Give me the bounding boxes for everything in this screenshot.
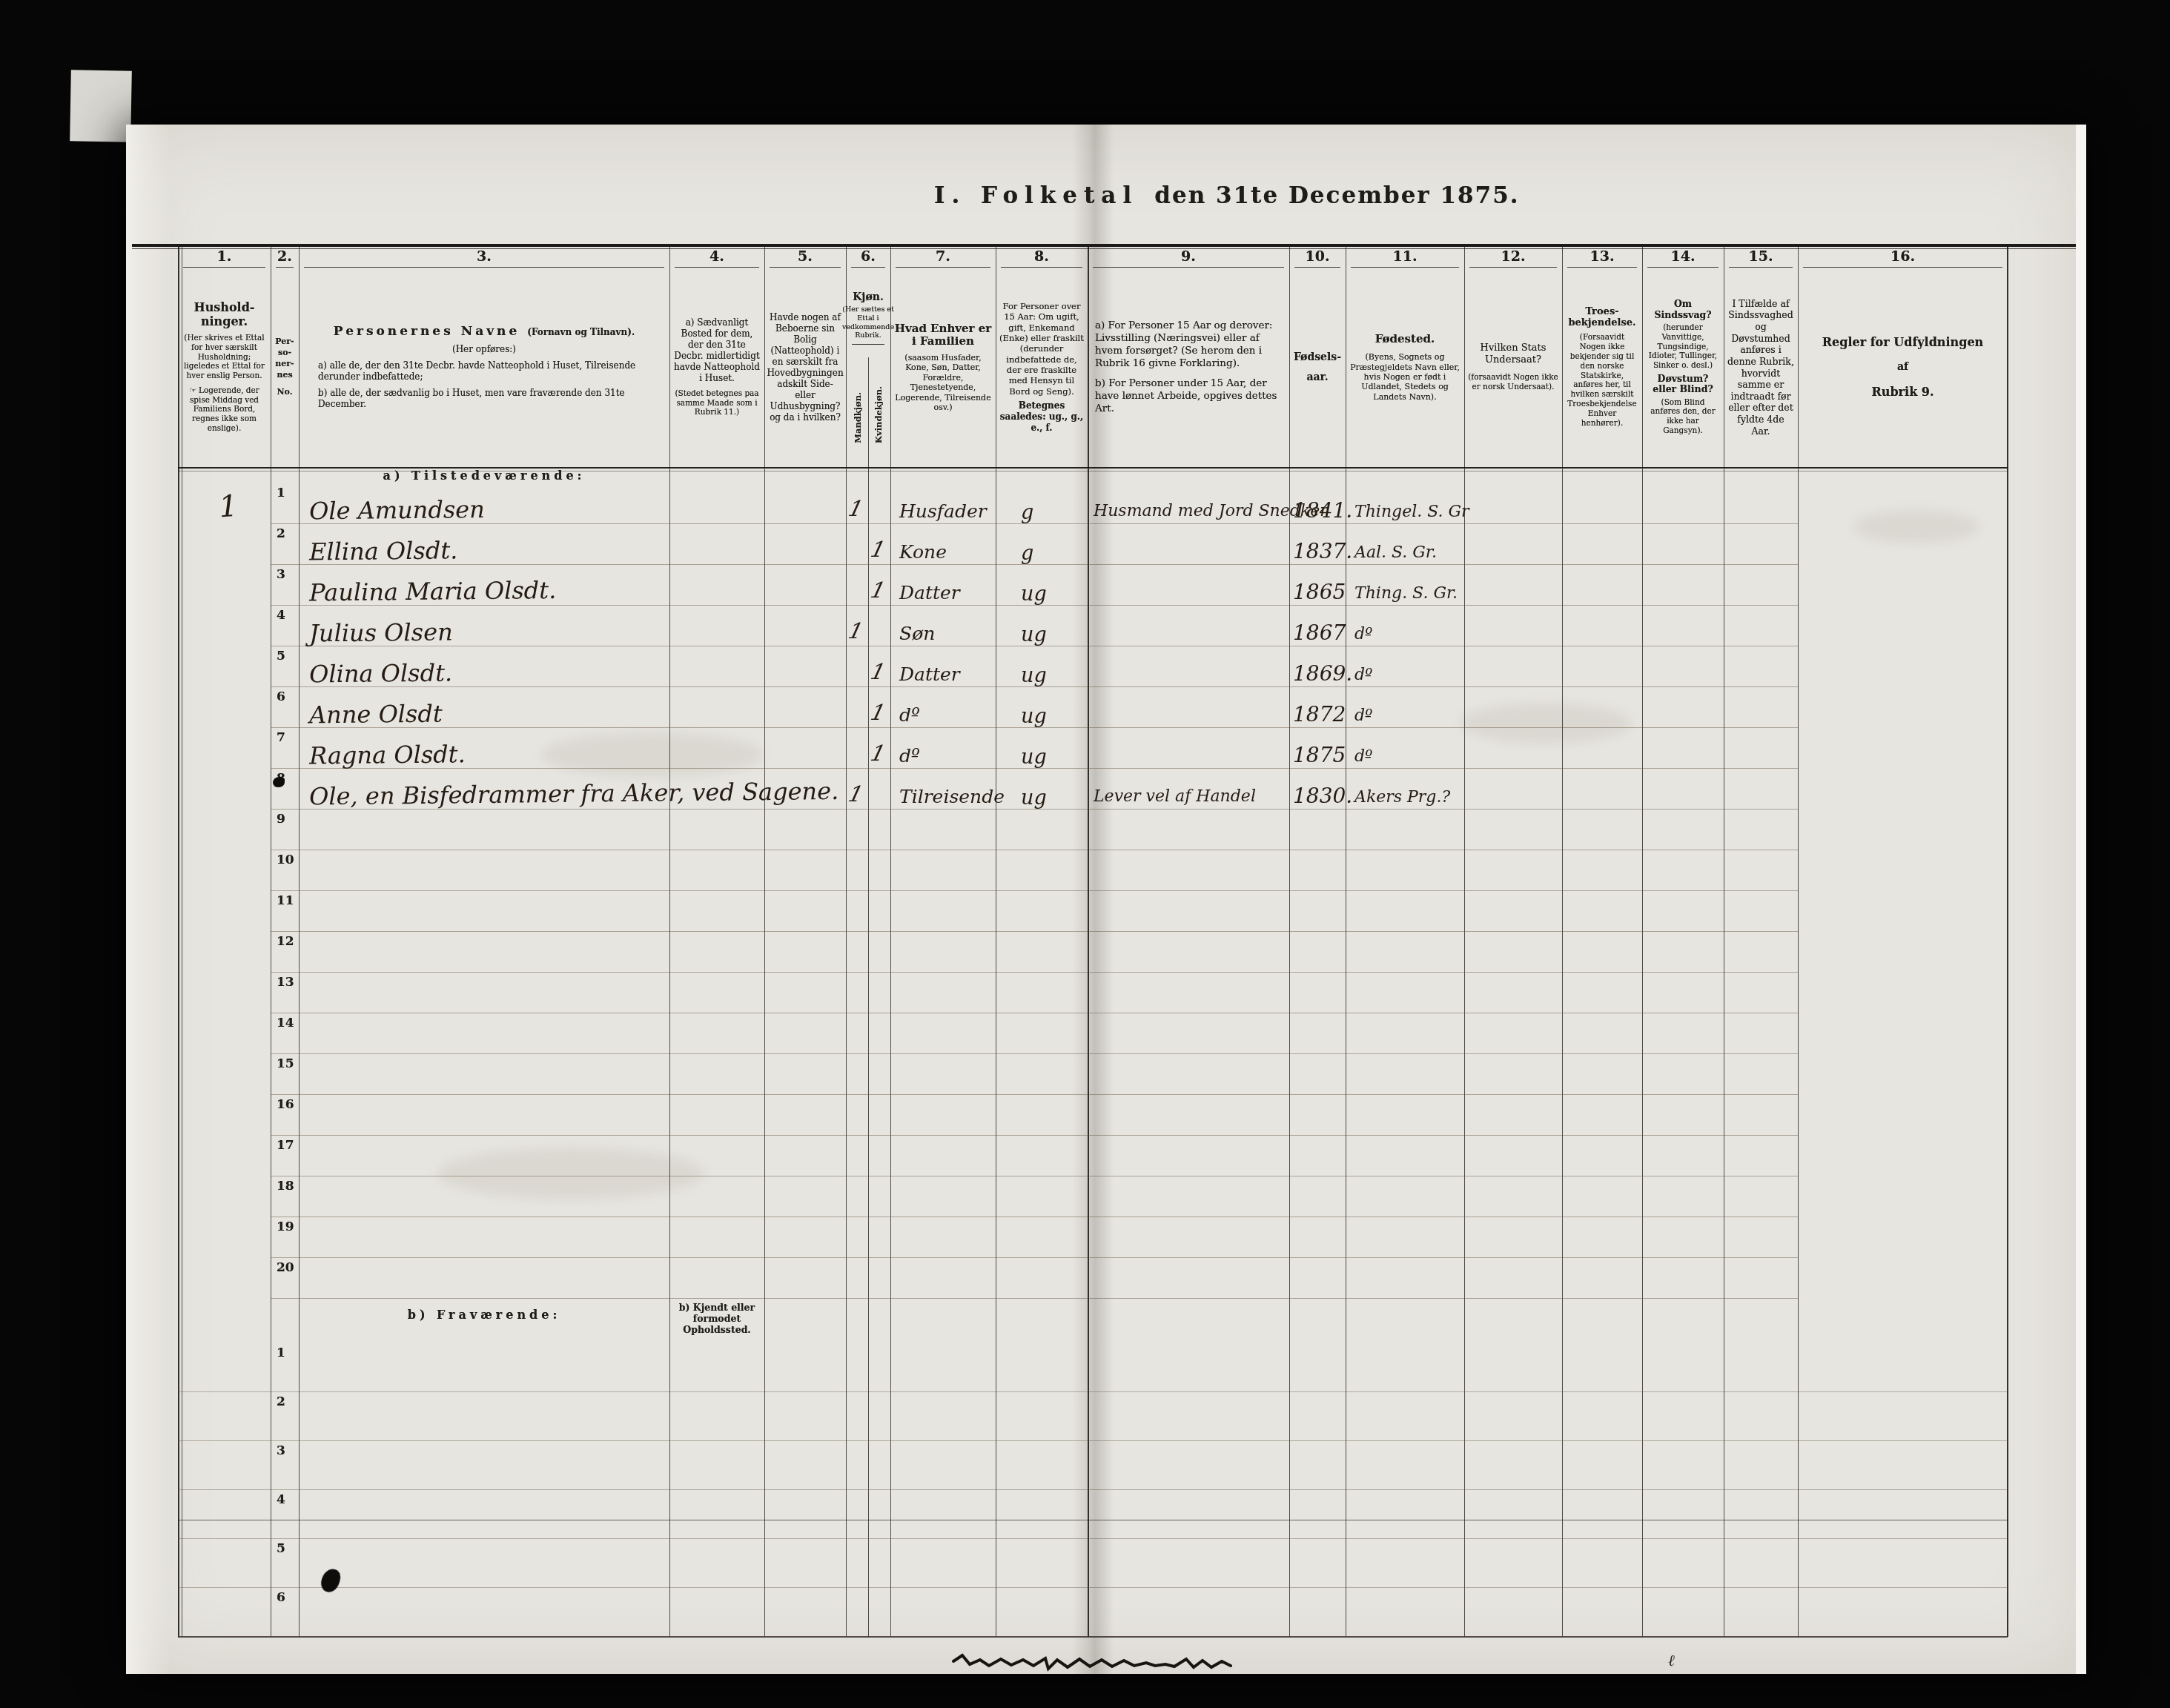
cell-household-number xyxy=(178,1392,271,1441)
col-note: (forsaavidt Nogen ikke er norsk Undersaa… xyxy=(1468,373,1558,392)
cell-sindssvag xyxy=(1642,1013,1724,1054)
cell-occupation xyxy=(1088,606,1289,646)
col-number: 1. xyxy=(183,246,265,268)
cell-male-mark xyxy=(846,1392,868,1441)
cell-family-position: Søn xyxy=(890,606,996,646)
cell-person-name xyxy=(299,889,670,933)
cell-birth-year xyxy=(1289,891,1346,932)
col-number: 8. xyxy=(1001,246,1082,268)
cell-person-name: Olina Olsdt. xyxy=(299,644,670,689)
cell-bosted xyxy=(669,1258,764,1299)
cell-udhusbygning xyxy=(764,1392,846,1441)
cell-person-number: 10 xyxy=(271,850,299,891)
cell-household-number xyxy=(176,643,272,691)
cell-troesbekjendelse xyxy=(1562,769,1642,810)
cell-occupation: Husmand med Jord Snedker xyxy=(1088,483,1289,524)
table-row: 16 xyxy=(178,1095,2008,1136)
col-header-fodselsaar: 10. Fødsels- aar. xyxy=(1289,246,1346,467)
rules-column xyxy=(1800,473,2005,1623)
cell-birthplace xyxy=(1346,1095,1464,1136)
col-number: 12. xyxy=(1469,246,1557,268)
cell-bosted xyxy=(669,1176,764,1217)
table-row: 6 xyxy=(178,1588,2008,1637)
col-header-indtraadt: 15. I Tilfælde af Sindssvaghed og Døvstu… xyxy=(1724,246,1798,467)
cell-marital-status xyxy=(996,1258,1088,1299)
cell-birth-year xyxy=(1289,1095,1346,1136)
cell-female-mark xyxy=(868,1588,890,1637)
cell-birth-year xyxy=(1289,850,1346,891)
cell-udhusbygning xyxy=(764,932,846,973)
col-title-line: Fødsels- xyxy=(1294,351,1341,363)
cell-indtraadt xyxy=(1724,769,1798,810)
cell-household-number xyxy=(176,929,272,976)
cell-person-name xyxy=(299,1539,669,1588)
cell-person-name xyxy=(299,1052,670,1096)
cell-household-number xyxy=(176,1092,272,1139)
cell-person-name xyxy=(299,1588,669,1637)
cell-family-position xyxy=(890,1343,996,1392)
cell-undersaat xyxy=(1464,524,1562,565)
cell-birth-year: 1830. xyxy=(1289,769,1346,810)
table-row: 10 xyxy=(178,850,2008,891)
cell-person-name: Ellina Olsdt. xyxy=(299,522,670,566)
cell-birth-year: 1869. xyxy=(1289,646,1346,687)
cell-udhusbygning xyxy=(764,1136,846,1176)
cell-birth-year xyxy=(1289,1588,1346,1637)
cell-occupation xyxy=(1088,1539,1289,1588)
col-note-a: a) alle de, der den 31te Decbr. havde Na… xyxy=(318,360,650,383)
cell-udhusbygning xyxy=(764,810,846,850)
cell-troesbekjendelse xyxy=(1562,1095,1642,1136)
cell-occupation xyxy=(1088,1441,1289,1490)
table-row: 4 Julius Olsen 1 Søn ug 1867 dº xyxy=(178,606,2008,646)
cell-udhusbygning xyxy=(764,524,846,565)
cell-bosted xyxy=(669,606,764,646)
cell-sindssvag xyxy=(1642,1217,1724,1258)
cell-udhusbygning xyxy=(764,850,846,891)
cell-troesbekjendelse xyxy=(1562,1490,1642,1539)
cell-undersaat xyxy=(1464,1588,1562,1637)
cell-birth-year: 1841. xyxy=(1289,483,1346,524)
cell-birthplace xyxy=(1346,1490,1464,1539)
col-note-b: b) alle de, der sædvanlig bo i Huset, me… xyxy=(318,388,650,410)
col-header-udhusbygning: 5. Havde nogen af Beboerne sin Bolig (Na… xyxy=(764,246,846,467)
col-header-undersaat: 12. Hvilken Stats Undersaat? (forsaavidt… xyxy=(1464,246,1562,467)
table-row: 17 xyxy=(178,1136,2008,1176)
cell-sindssvag xyxy=(1642,483,1724,524)
divider xyxy=(852,344,885,345)
cell-person-name: Ole Amundsen xyxy=(299,481,670,526)
col-number: 10. xyxy=(1294,246,1340,268)
cell-udhusbygning xyxy=(764,1054,846,1095)
cell-family-position xyxy=(890,1095,996,1136)
table-row: 1 xyxy=(178,1343,2008,1392)
col-number: 9. xyxy=(1093,246,1284,268)
cell-sindssvag xyxy=(1642,932,1724,973)
cell-household-number xyxy=(178,1588,271,1637)
cell-udhusbygning xyxy=(764,606,846,646)
cell-occupation xyxy=(1088,973,1289,1013)
section-b-label: b) Fraværende: xyxy=(299,1308,669,1322)
cell-bosted xyxy=(669,932,764,973)
table-row: 20 xyxy=(178,1258,2008,1299)
cell-indtraadt xyxy=(1724,1490,1798,1539)
section-b-opholdssted-note: b) Kjendt eller formodet Opholdssted. xyxy=(669,1302,764,1335)
cell-opholdssted xyxy=(669,1441,764,1490)
cell-male-mark xyxy=(846,1539,868,1588)
table-row: 6 Anne Olsdt 1 dº ug 1872 dº xyxy=(178,687,2008,728)
cell-birth-year xyxy=(1289,1176,1346,1217)
cell-person-number: 19 xyxy=(271,1217,299,1258)
cell-troesbekjendelse xyxy=(1562,891,1642,932)
cell-sindssvag xyxy=(1642,891,1724,932)
cell-troesbekjendelse xyxy=(1562,1539,1642,1588)
cell-udhusbygning xyxy=(764,687,846,728)
cell-indtraadt xyxy=(1724,646,1798,687)
cell-troesbekjendelse xyxy=(1562,850,1642,891)
col-number: 3. xyxy=(304,246,664,268)
cell-person-number: 7 xyxy=(271,728,299,769)
col-note: (Forsaavidt Nogen ikke bekjender sig til… xyxy=(1566,333,1638,428)
cell-person-number: 12 xyxy=(271,932,299,973)
cell-undersaat xyxy=(1464,973,1562,1013)
cell-birthplace xyxy=(1346,1054,1464,1095)
cell-person-number: 11 xyxy=(271,891,299,932)
cell-indtraadt xyxy=(1724,1343,1798,1392)
row-line xyxy=(271,1298,1798,1299)
cell-indtraadt xyxy=(1724,1095,1798,1136)
cell-troesbekjendelse xyxy=(1562,810,1642,850)
cell-opholdssted xyxy=(669,1490,764,1539)
cell-udhusbygning xyxy=(764,1013,846,1054)
cell-indtraadt xyxy=(1724,1013,1798,1054)
cell-family-position xyxy=(890,932,996,973)
cell-person-number: 20 xyxy=(271,1258,299,1299)
cell-family-position xyxy=(890,1258,996,1299)
cell-person-name: Julius Olsen xyxy=(299,603,670,648)
table-row: 9 xyxy=(178,810,2008,850)
cell-person-name: Anne Olsdt xyxy=(299,685,670,729)
cell-marital-status xyxy=(996,1392,1088,1441)
col-header-regler: 16. Regler for Udfyldningen af Rubrik 9. xyxy=(1798,246,2008,467)
cell-troesbekjendelse xyxy=(1562,483,1642,524)
cell-sindssvag xyxy=(1642,606,1724,646)
cell-person-number: 5 xyxy=(271,646,299,687)
cell-occupation xyxy=(1088,1136,1289,1176)
cell-occupation xyxy=(1088,1095,1289,1136)
cell-udhusbygning xyxy=(764,1441,846,1490)
cell-marital-status xyxy=(996,1013,1088,1054)
cell-family-position: Datter xyxy=(890,565,996,606)
page-title: I. Folketalden 31te December 1875. xyxy=(934,182,1520,209)
cell-bosted xyxy=(669,850,764,891)
cell-sindssvag xyxy=(1642,1539,1724,1588)
cell-household-number xyxy=(176,603,272,650)
cell-indtraadt xyxy=(1724,1176,1798,1217)
cell-person-number: 3 xyxy=(271,1441,299,1490)
cell-indtraadt xyxy=(1724,1539,1798,1588)
cell-birth-year xyxy=(1289,1013,1346,1054)
scan-background: I. Folketalden 31te December 1875. 1. Hu… xyxy=(0,0,2170,1708)
cell-udhusbygning xyxy=(764,483,846,524)
col-title: Kjøn. xyxy=(853,291,884,303)
cell-occupation xyxy=(1088,687,1289,728)
cell-occupation xyxy=(1088,1217,1289,1258)
cell-birth-year xyxy=(1289,1258,1346,1299)
cell-birth-year xyxy=(1289,1441,1346,1490)
cell-bosted xyxy=(669,728,764,769)
cell-indtraadt xyxy=(1724,1441,1798,1490)
col-title-line: so- xyxy=(278,348,291,359)
cell-family-position xyxy=(890,1490,996,1539)
cell-marital-status xyxy=(996,1539,1088,1588)
cell-birthplace xyxy=(1346,1343,1464,1392)
cell-household-number xyxy=(178,1441,271,1490)
col-header-bosted: 4. a) Sædvanligt Bosted for dem, der den… xyxy=(669,246,764,467)
cell-marital-status xyxy=(996,1490,1088,1539)
cell-undersaat xyxy=(1464,1217,1562,1258)
cell-sindssvag xyxy=(1642,728,1724,769)
cell-household-number xyxy=(176,1010,272,1058)
cell-marital-status xyxy=(996,1054,1088,1095)
cell-household-number xyxy=(176,970,272,1017)
table-row: 1 1 Ole Amundsen 1 Husfader g Husmand me… xyxy=(178,483,2008,524)
col-title: Fødested. xyxy=(1375,333,1435,345)
cell-occupation xyxy=(1088,524,1289,565)
cell-undersaat xyxy=(1464,1054,1562,1095)
cell-person-name xyxy=(299,1392,669,1441)
col-note: (Stedet betegnes paa samme Maade som i R… xyxy=(673,389,761,417)
cell-marital-status xyxy=(996,1343,1088,1392)
col-header-person-no: 2. Per- so- ner- nes No. xyxy=(271,246,299,467)
cell-troesbekjendelse xyxy=(1562,1258,1642,1299)
col-title-line: ner- xyxy=(275,359,294,370)
cell-birthplace: dº xyxy=(1346,606,1464,646)
col-title: Personernes Navne (Fornavn og Tilnavn). xyxy=(334,325,635,340)
cell-opholdssted xyxy=(669,1539,764,1588)
cell-person-name xyxy=(299,1174,670,1219)
cell-female-mark xyxy=(868,1441,890,1490)
cell-household-number xyxy=(176,521,272,569)
cell-undersaat xyxy=(1464,728,1562,769)
cell-indtraadt xyxy=(1724,973,1798,1013)
cell-birthplace: dº xyxy=(1346,646,1464,687)
cell-birth-year: 1875 xyxy=(1289,728,1346,769)
cell-household-number xyxy=(176,1255,272,1302)
cell-udhusbygning xyxy=(764,769,846,810)
census-form-page: I. Folketalden 31te December 1875. 1. Hu… xyxy=(126,125,2086,1674)
cell-indtraadt xyxy=(1724,687,1798,728)
cell-undersaat xyxy=(1464,687,1562,728)
cell-marital-status xyxy=(996,932,1088,973)
col-title: Hushold­ninger. xyxy=(182,301,267,328)
cell-indtraadt xyxy=(1724,1054,1798,1095)
col-header-husholdninger: 1. Hushold­ninger. (Her skrives et Ettal… xyxy=(178,246,271,467)
cell-bosted xyxy=(669,1217,764,1258)
cell-undersaat xyxy=(1464,606,1562,646)
table-row: 5 xyxy=(178,1539,2008,1588)
cell-person-number: 1 xyxy=(271,1343,299,1392)
cell-household-number xyxy=(176,725,272,772)
cell-person-name: Ragna Olsdt. xyxy=(299,726,670,770)
cell-marital-status xyxy=(996,810,1088,850)
table-row: 2 xyxy=(178,1392,2008,1441)
cell-troesbekjendelse xyxy=(1562,1136,1642,1176)
table-row: 18 xyxy=(178,1176,2008,1217)
cell-undersaat xyxy=(1464,1392,1562,1441)
col-number: 11. xyxy=(1351,246,1459,268)
cell-marital-status xyxy=(996,1441,1088,1490)
cell-occupation xyxy=(1088,891,1289,932)
cell-udhusbygning xyxy=(764,565,846,606)
cell-person-name xyxy=(299,1133,670,1178)
cell-occupation xyxy=(1088,1343,1289,1392)
cell-person-name xyxy=(299,1441,669,1490)
cell-household-number xyxy=(176,1133,272,1180)
cell-female-mark xyxy=(868,1343,890,1392)
col-number: 15. xyxy=(1729,246,1793,268)
page-title-section: I. Folketal xyxy=(934,182,1138,209)
cell-birthplace: Akers Prg.? xyxy=(1346,769,1464,810)
cell-undersaat xyxy=(1464,810,1562,850)
cell-birth-year: 1872 xyxy=(1289,687,1346,728)
cell-bosted xyxy=(669,1136,764,1176)
cell-troesbekjendelse xyxy=(1562,1013,1642,1054)
cell-troesbekjendelse xyxy=(1562,1054,1642,1095)
cell-birth-year xyxy=(1289,1392,1346,1441)
cell-person-number: 8 xyxy=(271,769,299,810)
table-row: 3 Paulina Maria Olsdt. 1 Datter ug 1865 … xyxy=(178,565,2008,606)
cell-household-number xyxy=(176,807,272,854)
cell-male-mark xyxy=(846,1490,868,1539)
cell-indtraadt xyxy=(1724,1217,1798,1258)
cell-person-number: 18 xyxy=(271,1176,299,1217)
col-header-troesbekjendelse: 13. Troes­bekjendelse. (Forsaavidt Nogen… xyxy=(1562,246,1642,467)
col-title-line: aar. xyxy=(1306,371,1328,383)
cell-marital-status: ug xyxy=(996,728,1088,769)
cell-sindssvag xyxy=(1642,687,1724,728)
cell-birthplace xyxy=(1346,1217,1464,1258)
table-row: 5 Olina Olsdt. 1 Datter ug 1869. dº xyxy=(178,646,2008,687)
cell-family-position xyxy=(890,1588,996,1637)
cell-sindssvag xyxy=(1642,1490,1724,1539)
cell-occupation xyxy=(1088,1258,1289,1299)
cell-family-position xyxy=(890,1054,996,1095)
cell-birthplace: Aal. S. Gr. xyxy=(1346,524,1464,565)
col-number: 5. xyxy=(770,246,841,268)
cell-marital-status xyxy=(996,891,1088,932)
cell-birth-year xyxy=(1289,1490,1346,1539)
cell-undersaat xyxy=(1464,850,1562,891)
col-note: (Byens, Sognets og Præstegjeldets Navn e… xyxy=(1349,352,1461,402)
col-header-civilstand: 8. For Personer over 15 Aar: Om ugift, g… xyxy=(996,246,1088,467)
cell-person-name: Ole, en Bisfedrammer fra Aker, ved Sagen… xyxy=(299,767,670,811)
cell-family-position xyxy=(890,850,996,891)
cell-indtraadt xyxy=(1724,932,1798,973)
cell-sindssvag xyxy=(1642,850,1724,891)
cell-birth-year xyxy=(1289,973,1346,1013)
cell-undersaat xyxy=(1464,1013,1562,1054)
cell-male-mark xyxy=(846,1343,868,1392)
col-title: Hvilken Stats Undersaat? xyxy=(1468,342,1558,367)
cell-sindssvag xyxy=(1642,973,1724,1013)
cell-troesbekjendelse xyxy=(1562,973,1642,1013)
cell-person-number: 6 xyxy=(271,687,299,728)
cell-family-position xyxy=(890,973,996,1013)
cell-sindssvag xyxy=(1642,769,1724,810)
cell-undersaat xyxy=(1464,1539,1562,1588)
cell-birthplace xyxy=(1346,1392,1464,1441)
cell-person-number: 2 xyxy=(271,524,299,565)
cell-birthplace xyxy=(1346,1258,1464,1299)
cell-marital-status: ug xyxy=(996,646,1088,687)
row-line xyxy=(178,1636,2008,1637)
cell-marital-status xyxy=(996,1095,1088,1136)
cell-family-position: Kone xyxy=(890,524,996,565)
cell-person-name xyxy=(299,1343,669,1392)
cell-person-number: 4 xyxy=(271,606,299,646)
table-row: 19 xyxy=(178,1217,2008,1258)
col-title-line: Regler for Udfyldningen xyxy=(1822,336,1983,349)
cell-undersaat xyxy=(1464,932,1562,973)
table-row: 12 xyxy=(178,932,2008,973)
cell-person-number: 16 xyxy=(271,1095,299,1136)
cell-birthplace xyxy=(1346,891,1464,932)
cell-birthplace xyxy=(1346,1176,1464,1217)
cell-occupation xyxy=(1088,1054,1289,1095)
cell-sindssvag xyxy=(1642,1588,1724,1637)
table-row: 11 xyxy=(178,891,2008,932)
cell-udhusbygning xyxy=(764,728,846,769)
cell-sindssvag xyxy=(1642,524,1724,565)
cell-birth-year xyxy=(1289,810,1346,850)
cell-troesbekjendelse xyxy=(1562,1441,1642,1490)
cell-indtraadt xyxy=(1724,810,1798,850)
col-title-line: Rubrik 9. xyxy=(1872,385,1934,399)
cell-undersaat xyxy=(1464,891,1562,932)
cell-occupation xyxy=(1088,646,1289,687)
cell-troesbekjendelse xyxy=(1562,606,1642,646)
cell-birth-year xyxy=(1289,932,1346,973)
table-row: 8 Ole, en Bisfedrammer fra Aker, ved Sag… xyxy=(178,769,2008,810)
cell-marital-status xyxy=(996,1217,1088,1258)
section-b-rows: 1 xyxy=(178,1343,2008,1637)
cell-family-position xyxy=(890,1013,996,1054)
table-row: 15 xyxy=(178,1054,2008,1095)
cell-marital-status xyxy=(996,1588,1088,1637)
cell-household-number xyxy=(176,684,272,732)
cell-person-name xyxy=(299,1256,670,1300)
cell-marital-status xyxy=(996,1176,1088,1217)
cell-household-number xyxy=(178,1539,271,1588)
col-note: (Her sættes et Ettal i vedkommende Rubri… xyxy=(842,305,894,340)
cell-person-name xyxy=(299,970,670,1015)
cell-person-number: 2 xyxy=(271,1392,299,1441)
cell-birth-year xyxy=(1289,1054,1346,1095)
ink-blot-small xyxy=(273,777,285,787)
cell-occupation xyxy=(1088,1588,1289,1637)
cell-birthplace xyxy=(1346,1441,1464,1490)
cell-udhusbygning xyxy=(764,1490,846,1539)
cell-marital-status xyxy=(996,850,1088,891)
cell-birth-year xyxy=(1289,1539,1346,1588)
cell-occupation: Lever vel af Handel xyxy=(1088,769,1289,810)
paper-left-edge xyxy=(126,125,171,1674)
col-note-opfoeres: (Her opføres:) xyxy=(452,344,516,355)
cell-troesbekjendelse xyxy=(1562,687,1642,728)
col-title-line: nes xyxy=(277,370,292,381)
col-text: Havde nogen af Beboerne sin Bolig (Natte… xyxy=(767,312,843,423)
